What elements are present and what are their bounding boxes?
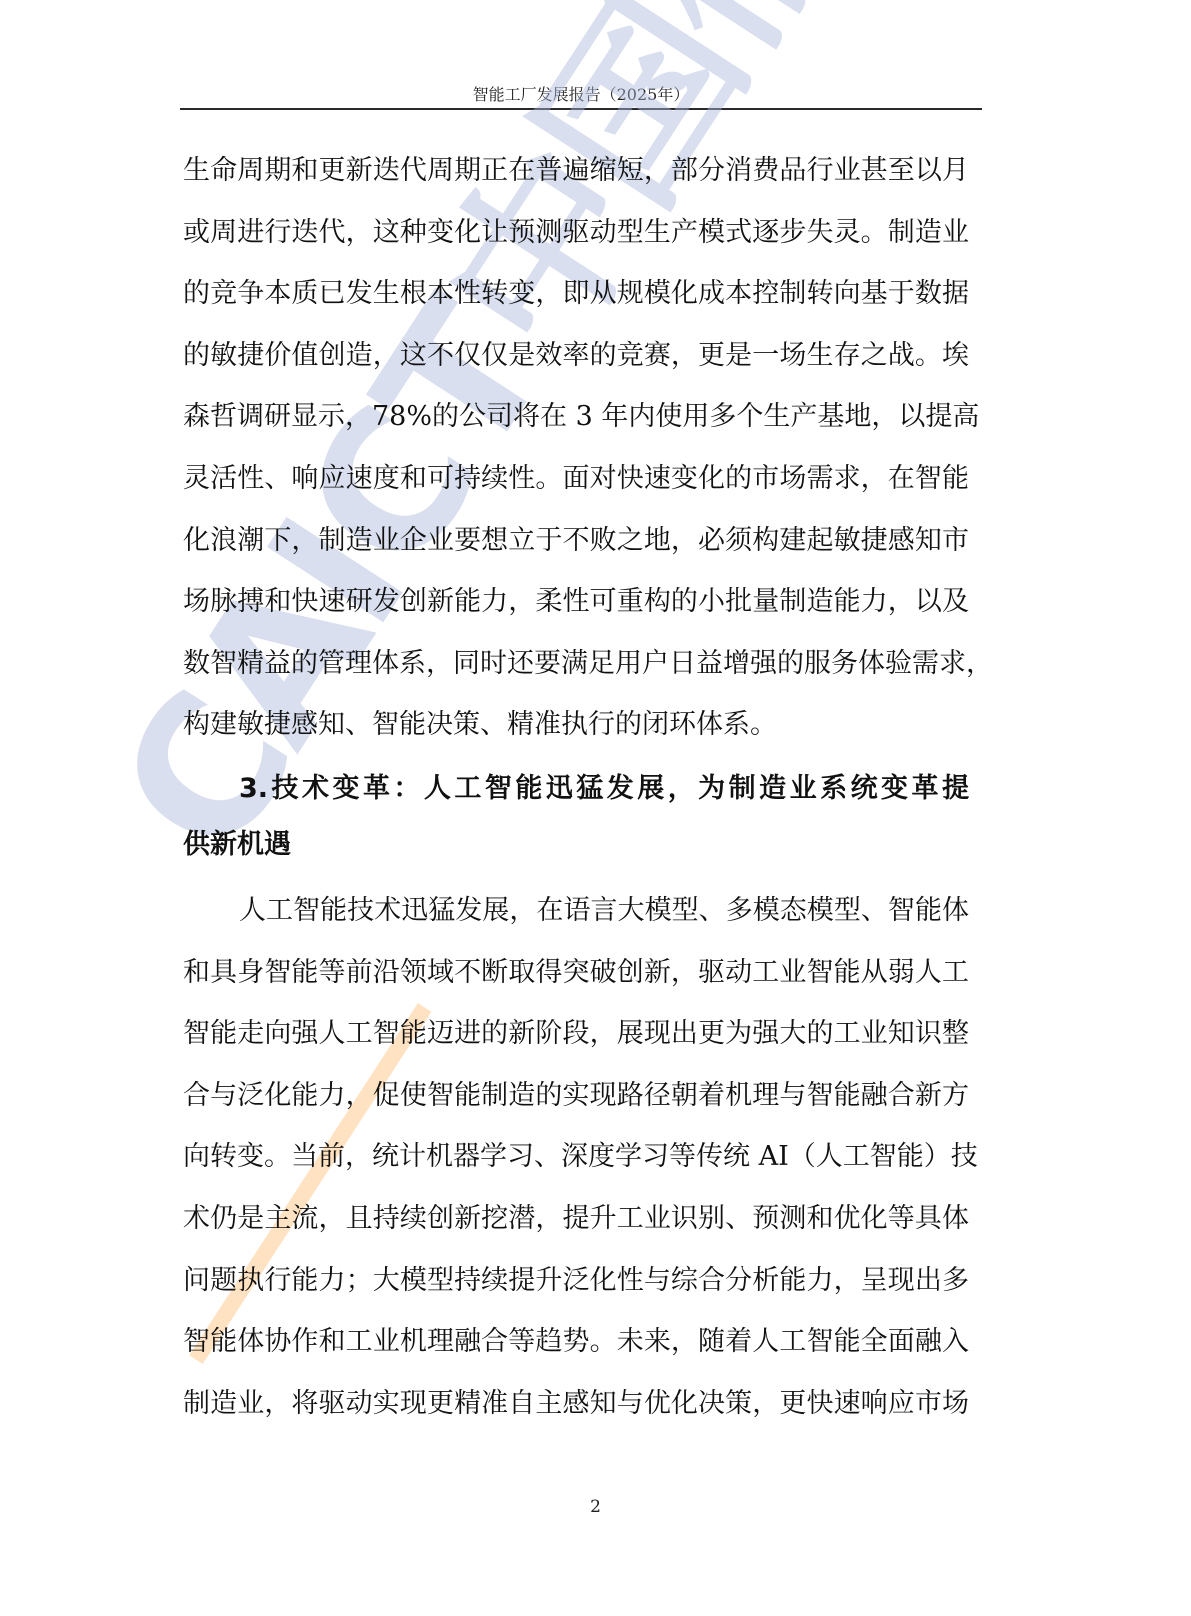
paragraph-1-line: 或周进行迭代，这种变化让预测驱动型生产模式逐步失灵。制造业 [183, 216, 969, 250]
paragraph-2-line: 术仍是主流，且持续创新挖潜，提升工业识别、预测和优化等具体 [183, 1202, 969, 1236]
paragraph-2-line: 智能体协作和工业机理融合等趋势。未来，随着人工智能全面融入 [183, 1325, 969, 1359]
body-text: 生命周期和更新迭代周期正在普遍缩短，部分消费品行业甚至以月 或周进行迭代，这种变… [0, 0, 1191, 1616]
paragraph-1-line: 森哲调研显示，78%的公司将在 3 年内使用多个生产基地，以提高 [183, 400, 969, 434]
paragraph-2-line: 向转变。当前，统计机器学习、深度学习等传统 AI（人工智能）技 [183, 1140, 969, 1174]
paragraph-1-line: 灵活性、响应速度和可持续性。面对快速变化的市场需求，在智能 [183, 462, 969, 496]
paragraph-2-line: 问题执行能力；大模型持续提升泛化性与综合分析能力，呈现出多 [183, 1264, 969, 1298]
paragraph-2-line: 制造业，将驱动实现更精准自主感知与优化决策，更快速响应市场 [183, 1387, 969, 1421]
page-number: 2 [0, 1497, 1191, 1517]
paragraph-1-line: 的敏捷价值创造，这不仅仅是效率的竞赛，更是一场生存之战。埃 [183, 339, 969, 373]
section-heading-line: 供新机遇 [183, 828, 969, 862]
paragraph-1-line: 化浪潮下，制造业企业要想立于不败之地，必须构建起敏捷感知市 [183, 524, 969, 558]
paragraph-2-line: 智能走向强人工智能迈进的新阶段，展现出更为强大的工业知识整 [183, 1017, 969, 1051]
paragraph-1-line: 场脉搏和快速研发创新能力，柔性可重构的小批量制造能力，以及 [183, 585, 969, 619]
paragraph-1-line: 构建敏捷感知、智能决策、精准执行的闭环体系。 [183, 708, 969, 742]
paragraph-2-line: 人工智能技术迅猛发展，在语言大模型、多模态模型、智能体 [239, 894, 969, 928]
paragraph-1-line: 数智精益的管理体系，同时还要满足用户日益增强的服务体验需求， [183, 647, 969, 681]
document-page: 智能工厂发展报告（2025年） CAICT中国信通院 生命周期和更新迭代周期正在… [0, 0, 1191, 1616]
section-heading-line: 3.技术变革：人工智能迅猛发展，为制造业系统变革提 [239, 772, 969, 806]
paragraph-2-line: 合与泛化能力，促使智能制造的实现路径朝着机理与智能融合新方 [183, 1079, 969, 1113]
paragraph-2-line: 和具身智能等前沿领域不断取得突破创新，驱动工业智能从弱人工 [183, 956, 969, 990]
paragraph-1-line: 生命周期和更新迭代周期正在普遍缩短，部分消费品行业甚至以月 [183, 154, 969, 188]
paragraph-1-line: 的竞争本质已发生根本性转变，即从规模化成本控制转向基于数据 [183, 277, 969, 311]
